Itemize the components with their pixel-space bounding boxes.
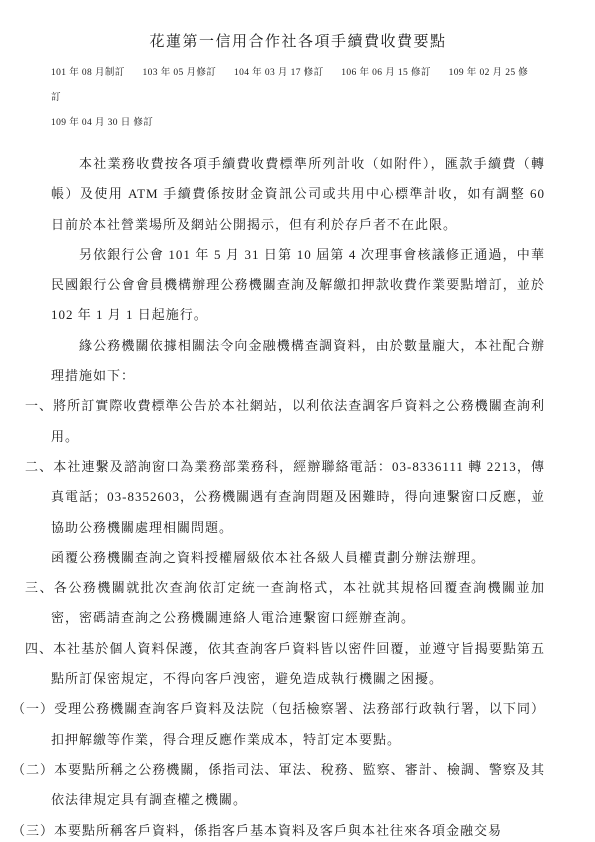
- document-title: 花蓮第一信用合作社各項手續費收費要點: [51, 30, 545, 51]
- list-item-2: 二、本社連繫及諮詢窗口為業務部業務科，經辦聯絡電話：03-8336111 轉 2…: [51, 452, 545, 543]
- paragraph-bankers-association: 另依銀行公會 101 年 5 月 31 日第 10 屆第 4 次理事會核議修正通…: [51, 240, 545, 331]
- document-page: 花蓮第一信用合作社各項手續費收費要點 101 年 08 月制訂 103 年 05…: [0, 0, 595, 842]
- sub-item-1: （一）受理公務機關查詢客戶資料及法院（包括檢察署、法務部行政執行署，以下同）扣押…: [51, 694, 545, 755]
- revision-line-2: 109 年 04 月 30 日 修訂: [51, 111, 545, 136]
- list-item-2-note: 函覆公務機關查詢之資料授權層級依本社各級人員權責劃分辦法辦理。: [51, 543, 545, 573]
- revision-entry: 106 年 06 月 15 修訂: [341, 68, 431, 78]
- sub-item-2: （二）本要點所稱之公務機關，係指司法、軍法、稅務、監察、審計、檢調、警察及其依法…: [51, 755, 545, 816]
- revision-history: 101 年 08 月制訂 103 年 05 月修訂 104 年 03 月 17 …: [51, 61, 545, 136]
- revision-entry: 104 年 03 月 17 修訂: [234, 68, 324, 78]
- sub-item-3: （三）本要點所稱客戶資料，係指客戶基本資料及客戶與本社往來各項金融交易: [51, 816, 545, 842]
- revision-line-1: 101 年 08 月制訂 103 年 05 月修訂 104 年 03 月 17 …: [51, 61, 545, 111]
- list-item-4: 四、本社基於個人資料保護，依其查詢客戶資料皆以密件回覆，並遵守旨揭要點第五點所訂…: [51, 634, 545, 695]
- paragraph-fee-standards: 本社業務收費按各項手續費收費標準所列計收（如附件），匯款手續費（轉帳）及使用 A…: [51, 149, 545, 240]
- revision-entry: 103 年 05 月修訂: [142, 68, 216, 78]
- list-item-1: 一、將所訂實際收費標準公告於本社網站，以利依法查調客戶資料之公務機關查詢利用。: [51, 391, 545, 452]
- revision-entry: 101 年 08 月制訂: [51, 68, 125, 78]
- list-item-3: 三、各公務機關就批次查詢依訂定統一查詢格式，本社就其規格回覆查詢機關並加密，密碼…: [51, 573, 545, 634]
- document-body: 本社業務收費按各項手續費收費標準所列計收（如附件），匯款手續費（轉帳）及使用 A…: [51, 149, 545, 842]
- paragraph-reason: 緣公務機關依據相關法令向金融機構查調資料，由於數量龐大，本社配合辦理措施如下：: [51, 331, 545, 392]
